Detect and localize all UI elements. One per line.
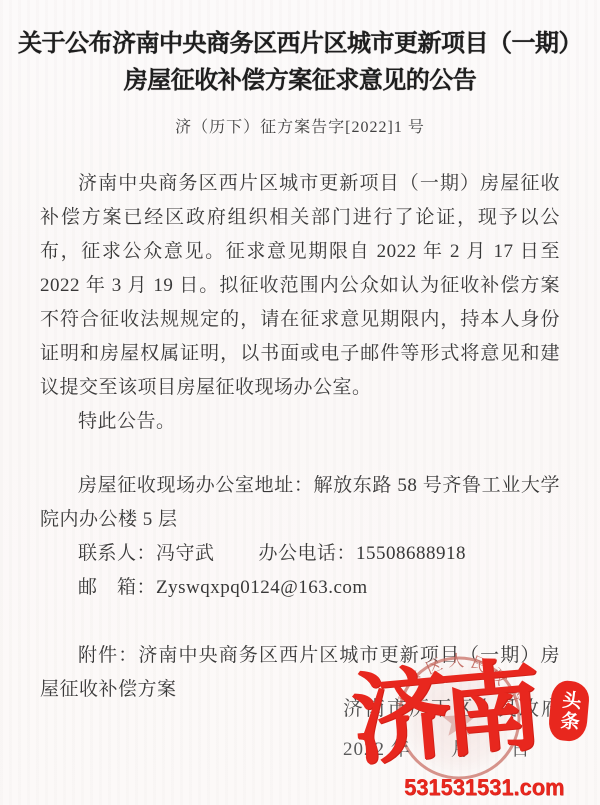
email-label: 邮 箱： bbox=[78, 577, 156, 598]
contact-label: 联系人： bbox=[78, 543, 156, 564]
office-address: 房屋征收现场办公室地址：解放东路 58 号齐鲁工业大学院内办公楼 5 层 bbox=[40, 469, 560, 537]
watermark-brand-calligraphy: 济南 bbox=[346, 632, 538, 797]
contact-email-line: 邮 箱：Zyswqxpq0124@163.com bbox=[40, 571, 560, 605]
email-address: Zyswqxpq0124@163.com bbox=[156, 577, 368, 598]
contact-phone-line: 联系人：冯守武办公电话：15508688918 bbox=[40, 537, 560, 571]
contact-block: 房屋征收现场办公室地址：解放东路 58 号齐鲁工业大学院内办公楼 5 层 联系人… bbox=[40, 469, 560, 605]
document-body: 济南中央商务区西片区城市更新项目（一期）房屋征收补偿方案已经区政府组织相关部门进… bbox=[0, 167, 600, 707]
phone-number: 15508688918 bbox=[356, 543, 466, 564]
page-title: 关于公布济南中央商务区西片区城市更新项目（一期） 房屋征收补偿方案征求意见的公告 bbox=[0, 26, 600, 100]
closing-line: 特此公告。 bbox=[40, 405, 560, 439]
title-line-2: 房屋征收补偿方案征求意见的公告 bbox=[0, 63, 600, 100]
contact-name: 冯守武 bbox=[156, 543, 215, 564]
phone-label: 办公电话： bbox=[215, 543, 357, 564]
watermark-badge-text: 头条 bbox=[554, 689, 585, 733]
watermark-url: 531531531.com bbox=[404, 774, 564, 801]
document-number: 济（历下）征方案告字[2022]1 号 bbox=[0, 114, 600, 137]
main-paragraph: 济南中央商务区西片区城市更新项目（一期）房屋征收补偿方案已经区政府组织相关部门进… bbox=[40, 167, 560, 405]
scanned-announcement-page: 关于公布济南中央商务区西片区城市更新项目（一期） 房屋征收补偿方案征求意见的公告… bbox=[0, 0, 600, 805]
watermark-seal-badge: 头条 bbox=[547, 679, 590, 742]
title-line-1: 关于公布济南中央商务区西片区城市更新项目（一期） bbox=[0, 26, 600, 63]
